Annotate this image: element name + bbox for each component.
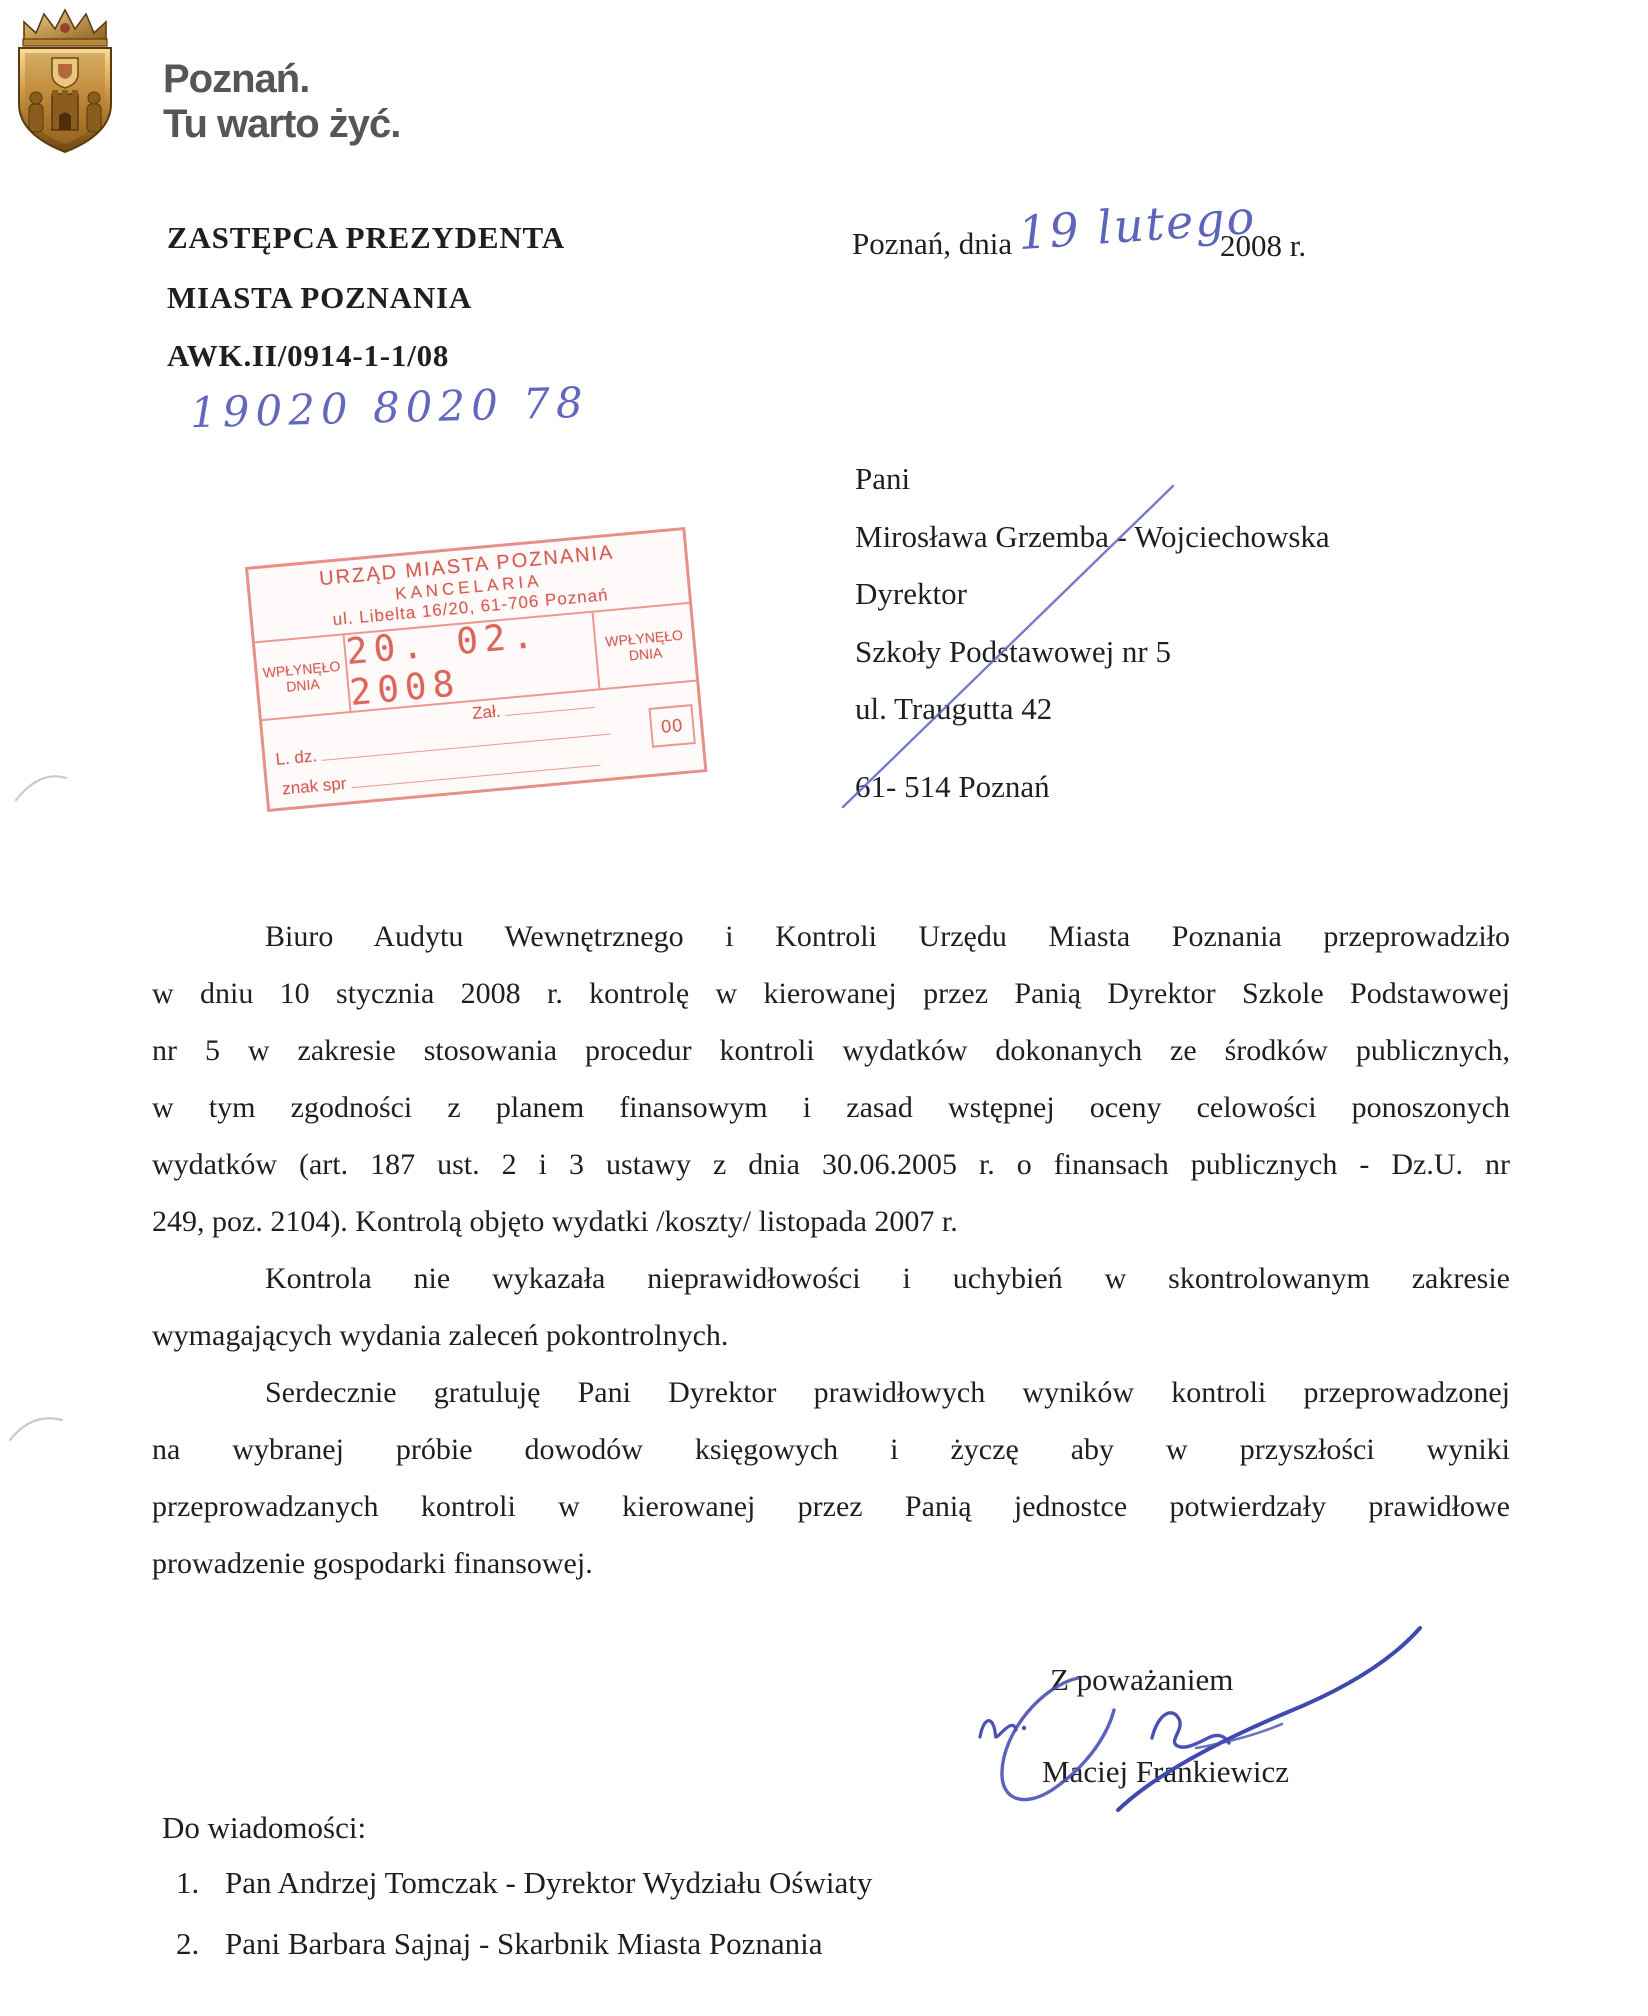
cc-item-text: Pani Barbara Sajnaj - Skarbnik Miasta Po…	[225, 1926, 822, 1961]
body-line: przeprowadzanych kontroli w kierowanej p…	[152, 1478, 1510, 1535]
cc-item: 1.Pan Andrzej Tomczak - Dyrektor Wydział…	[176, 1852, 872, 1913]
body-line: Biuro Audytu Wewnętrznego i Kontroli Urz…	[152, 908, 1510, 965]
closing-salutation: Z poważaniem	[1050, 1662, 1233, 1698]
cc-item: 2.Pani Barbara Sajnaj - Skarbnik Miasta …	[176, 1913, 872, 1974]
stamp-received-label-left: WPŁYNĘŁO DNIA	[255, 635, 352, 719]
body-line: Kontrola nie wykazała nieprawidłowości i…	[152, 1250, 1510, 1307]
recipient-salutation: Pani	[855, 450, 1330, 508]
body-line: w tym zgodności z planem finansowym i za…	[152, 1079, 1510, 1136]
body-line: na wybranej próbie dowodów księgowych i …	[152, 1421, 1510, 1478]
sender-reference-number: AWK.II/0914-1-1/08	[167, 338, 449, 374]
cc-item-number: 1.	[176, 1852, 225, 1913]
dateline-year: 2008 r.	[1220, 228, 1306, 264]
recipient-postal-city: 61- 514 Poznań	[855, 758, 1330, 816]
body-line: nr 5 w zakresie stosowania procedur kont…	[152, 1022, 1510, 1079]
body-line: prowadzenie gospodarki finansowej.	[152, 1535, 1510, 1592]
recipient-block: Pani Mirosława Grzemba - Wojciechowska D…	[855, 450, 1330, 815]
stamp-ldz-label: L. dz.	[275, 746, 318, 769]
logo-city-name: Poznań.	[163, 57, 309, 101]
body-line: w dniu 10 stycznia 2008 r. kontrolę w ki…	[152, 965, 1510, 1022]
handwritten-registry-number: 19020 8020 78	[189, 378, 589, 437]
scanned-letter-page: Poznań. Tu warto żyć. ZASTĘPCA PREZYDENT…	[0, 0, 1648, 2016]
cc-list: 1.Pan Andrzej Tomczak - Dyrektor Wydział…	[176, 1852, 872, 1974]
stamp-clerk-initials-box: 00	[648, 704, 695, 748]
signature-dot	[1022, 1726, 1026, 1730]
body-line: wydatków (art. 187 ust. 2 i 3 ustawy z d…	[152, 1136, 1510, 1193]
recipient-institution: Szkoły Podstawowej nr 5	[855, 623, 1330, 681]
logo-slogan: Tu warto żyć.	[163, 102, 400, 146]
scan-artifact-mark	[16, 776, 66, 800]
stamp-received-label-right: WPŁYNĘŁO DNIA	[592, 604, 696, 689]
sender-title-line1: ZASTĘPCA PREZYDENTA	[167, 220, 565, 256]
letter-body: Biuro Audytu Wewnętrznego i Kontroli Urz…	[152, 908, 1510, 1592]
body-line: wymagających wydania zaleceń pokontrolny…	[152, 1307, 1510, 1364]
recipient-position: Dyrektor	[855, 565, 1330, 623]
recipient-street: ul. Traugutta 42	[855, 680, 1330, 738]
sender-title-line2: MIASTA POZNANIA	[167, 280, 472, 316]
recipient-name: Mirosława Grzemba - Wojciechowska	[855, 508, 1330, 566]
signer-name: Maciej Frankiewicz	[1042, 1754, 1289, 1790]
dateline-prefix: Poznań, dnia	[852, 226, 1012, 262]
cc-item-number: 2.	[176, 1913, 225, 1974]
signature-initials	[980, 1721, 1016, 1737]
signature-flourish-tail	[1196, 1724, 1282, 1748]
poznan-coat-of-arms	[8, 6, 122, 158]
stamp-case-mark-label: znak spr	[281, 774, 347, 799]
stamp-attachments-label: Zał.	[471, 701, 501, 722]
body-line: 249, poz. 2104). Kontrolą objęto wydatki…	[152, 1193, 1510, 1250]
scan-artifact-mark	[10, 1418, 62, 1440]
cc-heading: Do wiadomości:	[162, 1810, 366, 1846]
cc-item-text: Pan Andrzej Tomczak - Dyrektor Wydziału …	[225, 1865, 872, 1900]
body-line: Serdecznie gratuluję Pani Dyrektor prawi…	[152, 1364, 1510, 1421]
office-registry-stamp: URZĄD MIASTA POZNANIA KANCELARIA ul. Lib…	[245, 527, 707, 812]
signature-middle-squiggle	[1152, 1713, 1229, 1747]
